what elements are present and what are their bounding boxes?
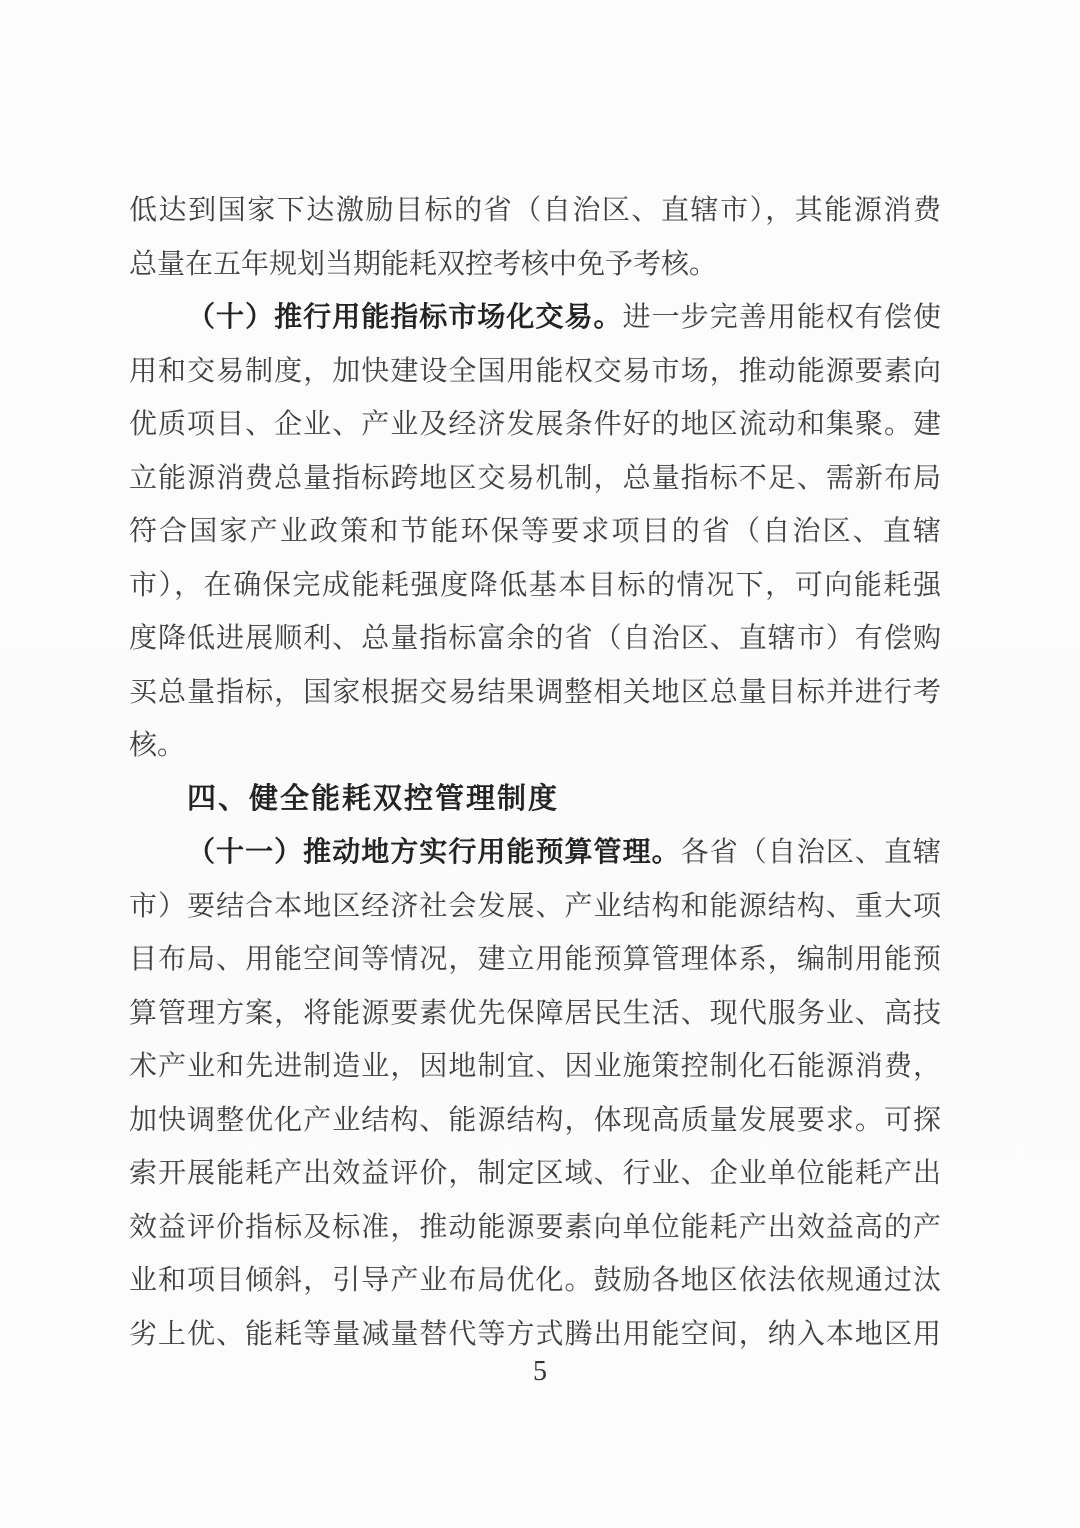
text-segment: 符合国家产业政策和节能环保等要求项目的省（自治区、直辖 [129,516,941,547]
text-line: 用和交易制度，加快建设全国用能权交易市场，推动能源要素向 [129,345,941,399]
text-line: 效益评价指标及标准，推动能源要素向单位能耗产出效益高的产 [129,1201,941,1255]
text-line: （十一）推动地方实行用能预算管理。各省（自治区、直辖 [129,826,941,880]
text-line: 加快调整优化产业结构、能源结构，体现高质量发展要求。可探 [129,1094,941,1148]
text-line: 索开展能耗产出效益评价，制定区域、行业、企业单位能耗产出 [129,1147,941,1201]
text-segment: 度降低进展顺利、总量指标富余的省（自治区、直辖市）有偿购 [129,623,941,654]
text-line: （十）推行用能指标市场化交易。进一步完善用能权有偿使 [129,291,941,345]
bold-lead: （十一）推动地方实行用能预算管理。 [187,837,681,868]
text-line: 优质项目、企业、产业及经济发展条件好的地区流动和集聚。建 [129,398,941,452]
text-line: 低达到国家下达激励目标的省（自治区、直辖市），其能源消费 [129,184,941,238]
text-line: 立能源消费总量指标跨地区交易机制，总量指标不足、需新布局 [129,452,941,506]
text-segment: 算管理方案，将能源要素优先保障居民生活、现代服务业、高技 [129,998,941,1029]
text-segment: 低达到国家下达激励目标的省（自治区、直辖市），其能源消费 [129,195,941,226]
text-line: 度降低进展顺利、总量指标富余的省（自治区、直辖市）有偿购 [129,612,941,666]
text-line: 符合国家产业政策和节能环保等要求项目的省（自治区、直辖 [129,505,941,559]
text-segment: 术产业和先进制造业，因地制宜、因业施策控制化石能源消费， [129,1051,941,1082]
text-line: 总量在五年规划当期能耗双控考核中免予考核。 [129,238,941,292]
text-line: 术产业和先进制造业，因地制宜、因业施策控制化石能源消费， [129,1040,941,1094]
text-segment: 市），在确保完成能耗强度降低基本目标的情况下，可向能耗强 [129,570,941,601]
bold-lead: （十）推行用能指标市场化交易。 [187,302,623,333]
text-line: 核。 [129,719,941,773]
document-page: 低达到国家下达激励目标的省（自治区、直辖市），其能源消费总量在五年规划当期能耗双… [0,0,1080,1528]
text-segment: 市）要结合本地区经济社会发展、产业结构和能源结构、重大项 [129,891,941,922]
text-segment: 目布局、用能空间等情况，建立用能预算管理体系，编制用能预 [129,944,941,975]
page-number: 5 [0,1356,1080,1388]
text-segment: 进一步完善用能权有偿使 [623,302,941,333]
text-segment: 各省（自治区、直辖 [681,837,941,868]
text-segment: 加快调整优化产业结构、能源结构，体现高质量发展要求。可探 [129,1105,941,1136]
text-line: 市）要结合本地区经济社会发展、产业结构和能源结构、重大项 [129,880,941,934]
text-segment: 效益评价指标及标准，推动能源要素向单位能耗产出效益高的产 [129,1212,941,1243]
text-line: 算管理方案，将能源要素优先保障居民生活、现代服务业、高技 [129,987,941,1041]
text-line: 劣上优、能耗等量减量替代等方式腾出用能空间，纳入本地区用 [129,1308,941,1362]
bold-lead: 四、健全能耗双控管理制度 [187,783,559,815]
text-segment: 总量在五年规划当期能耗双控考核中免予考核。 [129,249,717,280]
text-segment: 核。 [129,730,185,761]
text-line: 市），在确保完成能耗强度降低基本目标的情况下，可向能耗强 [129,559,941,613]
text-segment: 业和项目倾斜，引导产业布局优化。鼓励各地区依法依规通过汰 [129,1265,941,1296]
text-segment: 用和交易制度，加快建设全国用能权交易市场，推动能源要素向 [129,356,941,387]
text-segment: 买总量指标，国家根据交易结果调整相关地区总量目标并进行考 [129,677,941,708]
text-line: 业和项目倾斜，引导产业布局优化。鼓励各地区依法依规通过汰 [129,1254,941,1308]
section-heading: 四、健全能耗双控管理制度 [129,773,941,827]
document-body: 低达到国家下达激励目标的省（自治区、直辖市），其能源消费总量在五年规划当期能耗双… [129,184,941,1361]
text-segment: 索开展能耗产出效益评价，制定区域、行业、企业单位能耗产出 [129,1158,941,1189]
text-line: 买总量指标，国家根据交易结果调整相关地区总量目标并进行考 [129,666,941,720]
text-segment: 优质项目、企业、产业及经济发展条件好的地区流动和集聚。建 [129,409,941,440]
text-segment: 劣上优、能耗等量减量替代等方式腾出用能空间，纳入本地区用 [129,1319,941,1350]
text-segment: 立能源消费总量指标跨地区交易机制，总量指标不足、需新布局 [129,463,941,494]
text-line: 目布局、用能空间等情况，建立用能预算管理体系，编制用能预 [129,933,941,987]
